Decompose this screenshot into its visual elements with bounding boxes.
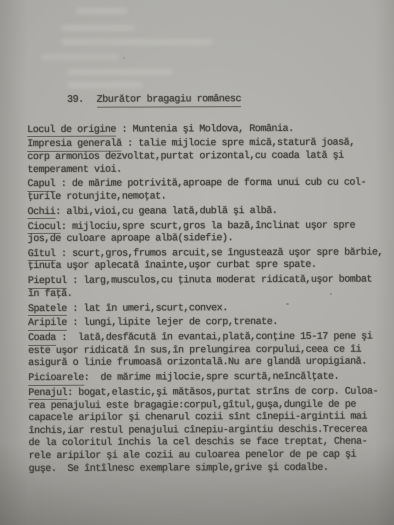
breed-number: 39. — [67, 95, 84, 106]
spec-label: Aripile — [28, 318, 67, 331]
spec-paragraph-spatele: Spatele : lat în umeri,scurt,convex. — [28, 302, 384, 316]
bleed-through-line — [76, 8, 128, 14]
spec-text: lungi,lipite lejer de corp,trenate. — [83, 317, 277, 329]
dust-speck — [286, 303, 289, 305]
spec-paragraph-origine: Locul de origine : Muntenia şi Moldova, … — [27, 123, 383, 137]
spec-separator: : — [67, 318, 84, 329]
spec-separator: : — [55, 249, 72, 260]
spec-label: Gîtul — [28, 249, 56, 262]
bleed-through-line — [67, 69, 173, 75]
spec-separator: : — [55, 179, 72, 190]
spec-paragraph-pieptul: Pieptul : larg,musculos,cu ţinuta modera… — [28, 275, 384, 302]
bleed-through-line — [61, 39, 213, 45]
spec-paragraph-capul: Capul : de mărime potrivită,aproape de f… — [27, 178, 383, 205]
spec-label: Spatele — [28, 303, 67, 316]
spec-separator: : — [56, 333, 78, 344]
spec-separator: : — [67, 388, 78, 399]
spec-separator: : — [67, 303, 84, 314]
bleed-through-line — [41, 54, 119, 60]
spec-separator: : — [61, 221, 72, 232]
spec-paragraph-aripile: Aripile : lungi,lipite lejer de corp,tre… — [28, 317, 384, 331]
spec-label: Coada — [28, 333, 56, 346]
spec-separator: : — [67, 276, 84, 287]
document-title-row: 39.Zburător bragagiu românesc — [27, 93, 383, 107]
dust-speck — [123, 57, 125, 59]
bleed-through-line — [67, 82, 143, 88]
bleed-through-line — [61, 25, 135, 31]
spec-text: de mărime mijlocie,spre scurtă,neîncălţa… — [100, 372, 339, 384]
spec-separator: : — [55, 207, 66, 218]
spec-paragraph-picioarele: Picioarele: de mărime mijlocie,spre scur… — [28, 372, 384, 386]
spec-label: Picioarele — [28, 373, 84, 386]
spec-separator: : — [116, 124, 133, 135]
spec-label: Ochii — [27, 207, 55, 220]
spec-paragraph-penajul: Penajul: bogat,elastic,şi mătăsos,purtat… — [28, 386, 384, 476]
spec-label: Impresia generală — [27, 139, 121, 152]
spec-separator: : — [84, 373, 101, 384]
dust-speck — [330, 293, 332, 295]
spec-text: Muntenia şi Moldova, România. — [133, 123, 294, 135]
spec-text: lat în umeri,scurt,convex. — [83, 303, 227, 315]
spec-text: albi,vioi,cu geana lată,dublă şi albă. — [66, 206, 277, 218]
spec-separator: : — [122, 139, 139, 150]
document-body: 39.Zburător bragagiu românesc Locul de o… — [27, 93, 385, 478]
page-title: Zburător bragagiu românesc — [97, 94, 241, 108]
spec-label: Pieptul — [28, 276, 67, 289]
spec-text: mijlociu,spre scurt,gros la bază,înclina… — [28, 220, 356, 245]
spec-paragraph-gitul: Gîtul : scurt,gros,frumos arcuit,se îngu… — [28, 247, 384, 274]
spec-text: lată,desfăcută în evantai,plată,conţine … — [28, 332, 372, 370]
spec-text: scurt,gros,frumos arcuit,se îngustează u… — [28, 247, 383, 272]
spec-text: de mărime potrivită,aproape de forma unu… — [27, 178, 366, 203]
spec-text: bogat,elastic,şi mătăsos,purtat strîns d… — [28, 386, 378, 474]
spec-paragraph-ochii: Ochii: albi,vioi,cu geana lată,dublă şi … — [27, 205, 383, 219]
spec-label: Ciocul — [28, 221, 61, 234]
spec-paragraph-coada: Coada : lată,desfăcută în evantai,plată,… — [28, 332, 384, 371]
spec-label: Capul — [27, 179, 55, 192]
spec-label: Locul de origine — [27, 124, 116, 137]
spec-paragraph-ciocul: Ciocul: mijlociu,spre scurt,gros la bază… — [28, 220, 384, 247]
spec-label: Penajul — [28, 388, 67, 401]
spec-paragraph-impresia: Impresia generală : talie mijlocie spre … — [27, 138, 383, 177]
